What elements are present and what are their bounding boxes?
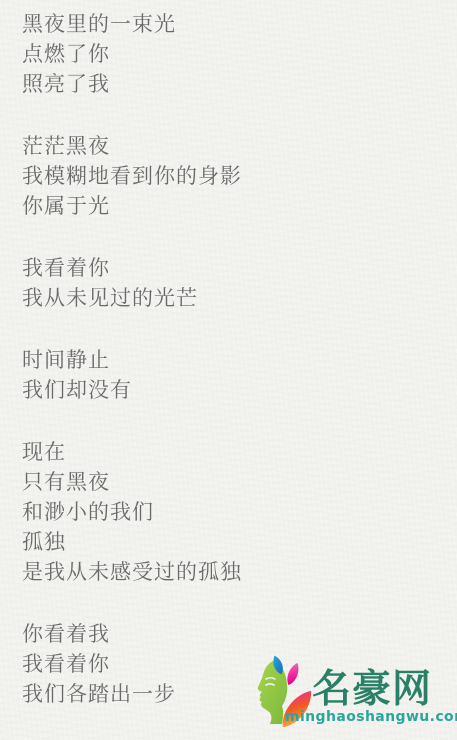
stanza-5: 现在 只有黑夜 和渺小的我们 孤独 是我从未感受过的孤独 — [22, 438, 242, 588]
lyrics-page: 黑夜里的一束光 点燃了你 照亮了我 茫茫黑夜 我模糊地看到你的身影 你属于光 我… — [0, 0, 457, 740]
lyric-line: 我们各踏出一步 — [22, 680, 242, 710]
lyric-line: 孤独 — [22, 528, 242, 558]
lyric-line: 我从未见过的光芒 — [22, 284, 242, 314]
face-with-leaves-logo-icon — [256, 648, 318, 740]
lyric-line: 我模糊地看到你的身影 — [22, 162, 242, 192]
lyric-line: 只有黑夜 — [22, 468, 242, 498]
lyric-line: 是我从未感受过的孤独 — [22, 558, 242, 588]
lyric-line: 和渺小的我们 — [22, 498, 242, 528]
lyric-line: 我们却没有 — [22, 376, 242, 406]
lyric-line: 点燃了你 — [22, 40, 242, 70]
lyric-line: 你看着我 — [22, 620, 242, 650]
lyric-line: 现在 — [22, 438, 242, 468]
stanza-1: 黑夜里的一束光 点燃了你 照亮了我 — [22, 10, 242, 100]
lyric-line: 黑夜里的一束光 — [22, 10, 242, 40]
watermark-domain: minghaoshangwu.com — [285, 709, 457, 725]
lyric-line: 你属于光 — [22, 192, 242, 222]
stanza-2: 茫茫黑夜 我模糊地看到你的身影 你属于光 — [22, 132, 242, 222]
lyrics-text-block: 黑夜里的一束光 点燃了你 照亮了我 茫茫黑夜 我模糊地看到你的身影 你属于光 我… — [22, 10, 242, 740]
watermark-brand-name: 名豪网 — [312, 658, 432, 714]
lyric-line: 照亮了我 — [22, 70, 242, 100]
lyric-line: 我看着你 — [22, 650, 242, 680]
lyric-line: 时间静止 — [22, 346, 242, 376]
stanza-4: 时间静止 我们却没有 — [22, 346, 242, 406]
stanza-6: 你看着我 我看着你 我们各踏出一步 — [22, 620, 242, 710]
lyric-line: 我看着你 — [22, 254, 242, 284]
watermark: 名豪网 minghaoshangwu.com — [255, 645, 457, 740]
lyric-line: 茫茫黑夜 — [22, 132, 242, 162]
stanza-3: 我看着你 我从未见过的光芒 — [22, 254, 242, 314]
